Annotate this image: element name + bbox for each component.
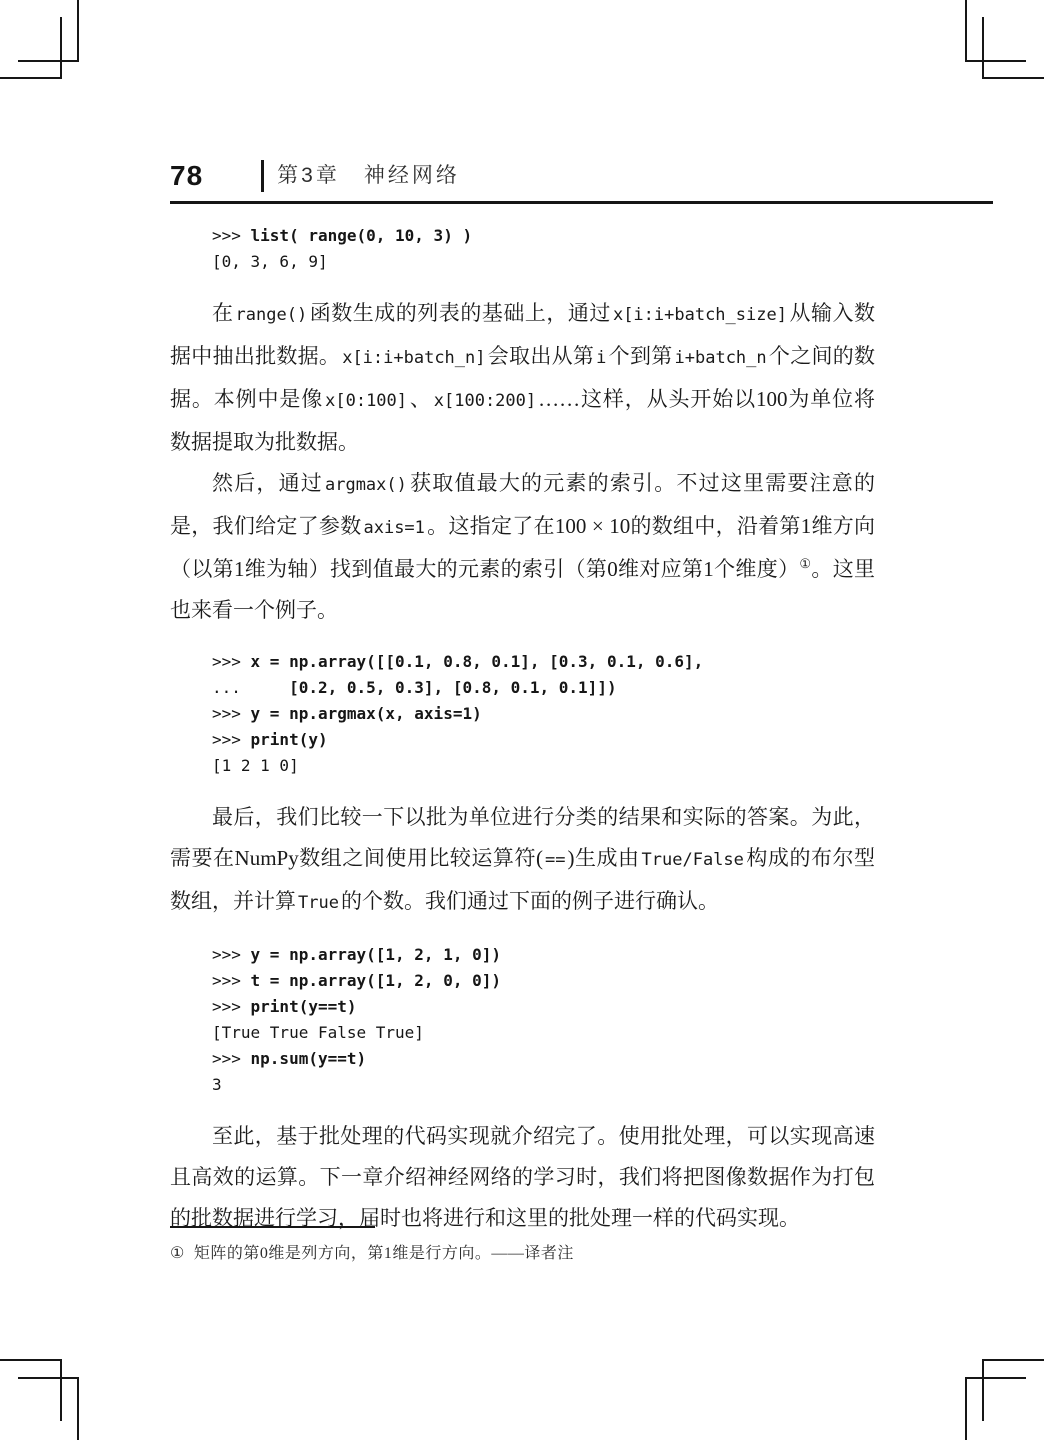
code-input: print(y==t) [251,997,357,1016]
code-block-argmax-example: >>> x = np.array([[0.1, 0.8, 0.1], [0.3,… [212,649,875,779]
header-divider [261,160,264,192]
code-line: >>> y = np.argmax(x, axis=1) [212,701,875,727]
footnote: ①矩阵的第0维是列方向，第1维是行方向。——译者注 [170,1226,875,1263]
code-input: print(y) [251,730,328,749]
code-input: y = np.argmax(x, axis=1) [251,704,482,723]
page-body: >>> list( range(0, 10, 3) ) [0, 3, 6, 9]… [170,205,875,1239]
repl-prompt: >>> [212,997,251,1016]
crop-mark-bottom-left [77,1377,79,1440]
crop-mark-bottom-left [0,1359,62,1361]
code-line: 3 [212,1072,875,1098]
text-run: 函数生成的列表的基础上，通过 [309,301,611,325]
repl-prompt: >>> [212,1049,251,1068]
paragraph-compare-results: 最后，我们比较一下以批为单位进行分类的结果和实际的答案。为此，需要在NumPy数… [170,797,875,924]
text-run: 个到第 [608,344,672,368]
page-number: 78 [170,162,203,190]
crop-mark-bottom-left [60,1359,62,1421]
crop-mark-top-left [77,0,79,62]
repl-prompt: >>> [212,945,251,964]
paragraph-batch-slicing: 在range()函数生成的列表的基础上，通过x[i:i+batch_size]从… [170,293,875,463]
text-run: )生成由 [567,846,639,870]
crop-mark-bottom-right [982,1359,1044,1361]
code-line: [True True False True] [212,1020,875,1046]
repl-prompt: >>> [212,652,251,671]
repl-continuation-prompt: ... [212,678,289,697]
code-input: t = np.array([1, 2, 0, 0]) [251,971,501,990]
page-header: 78 第3章 神经网络 [170,160,993,204]
code-line: >>> list( range(0, 10, 3) ) [212,223,875,249]
repl-prompt: >>> [212,971,251,990]
code-line: >>> print(y==t) [212,994,875,1020]
footnote-marker: ① [170,1245,185,1262]
text-run: 的个数。我们通过下面的例子进行确认。 [341,889,719,913]
text-run: 至此，基于批处理的代码实现就介绍完了。使用批处理，可以实现高速且高效的运算。下一… [170,1124,875,1230]
inline-code: x[i:i+batch_size] [611,305,789,325]
code-line: >>> np.sum(y==t) [212,1046,875,1072]
crop-mark-bottom-right [982,1359,984,1421]
crop-mark-bottom-right [965,1377,1026,1379]
crop-mark-top-right [965,0,967,62]
paragraph-conclusion: 至此，基于批处理的代码实现就介绍完了。使用批处理，可以实现高速且高效的运算。下一… [170,1116,875,1239]
paragraph-argmax: 然后，通过argmax()获取值最大的元素的索引。不过这里需要注意的是，我们给定… [170,463,875,631]
code-line: [0, 3, 6, 9] [212,249,875,275]
inline-code: x[i:i+batch_n] [340,348,487,368]
inline-code: x[0:100] [323,391,409,411]
repl-prompt: >>> [212,226,251,245]
footnote-rule [170,1226,375,1228]
inline-code: axis=1 [361,518,426,538]
text-run: 然后，通过 [212,471,323,495]
code-line: [1 2 1 0] [212,753,875,779]
footnote-ref-marker: ① [799,556,811,571]
crop-mark-top-left [18,60,79,62]
code-line: >>> t = np.array([1, 2, 0, 0]) [212,968,875,994]
code-block-range-example: >>> list( range(0, 10, 3) ) [0, 3, 6, 9] [212,223,875,275]
code-line: ... [0.2, 0.5, 0.3], [0.8, 0.1, 0.1]]) [212,675,875,701]
inline-code: True/False [640,850,746,870]
code-input: [0.2, 0.5, 0.3], [0.8, 0.1, 0.1]]) [289,678,617,697]
text-run: 、 [409,387,432,411]
footnote-text: ①矩阵的第0维是列方向，第1维是行方向。——译者注 [170,1240,875,1263]
code-input: x = np.array([[0.1, 0.8, 0.1], [0.3, 0.1… [251,652,704,671]
crop-mark-top-left [60,17,62,79]
repl-prompt: >>> [212,730,251,749]
repl-prompt: >>> [212,704,251,723]
code-block-equality-example: >>> y = np.array([1, 2, 1, 0]) >>> t = n… [212,942,875,1098]
chapter-title: 第3章 神经网络 [277,162,460,190]
code-input: y = np.array([1, 2, 1, 0]) [251,945,501,964]
code-line: >>> print(y) [212,727,875,753]
inline-code: i+batch_n [673,348,769,368]
code-output: [1 2 1 0] [212,756,299,775]
code-input: list( range(0, 10, 3) ) [251,226,473,245]
crop-mark-top-right [982,17,984,79]
crop-mark-top-left [0,77,62,79]
inline-code: == [543,850,567,870]
code-output: [True True False True] [212,1023,424,1042]
footnote-body: 矩阵的第0维是列方向，第1维是行方向。——译者注 [194,1245,574,1262]
crop-mark-top-right [965,60,1026,62]
text-run: 会取出从第 [488,344,595,368]
crop-mark-top-right [982,77,1044,79]
inline-code: True [296,893,341,913]
code-output: 3 [212,1075,222,1094]
code-line: >>> y = np.array([1, 2, 1, 0]) [212,942,875,968]
code-output: [0, 3, 6, 9] [212,252,328,271]
text-run: 在 [212,301,234,325]
inline-code: range() [234,305,310,325]
code-line: >>> x = np.array([[0.1, 0.8, 0.1], [0.3,… [212,649,875,675]
inline-code: i [594,348,608,368]
inline-code: argmax() [323,475,409,495]
crop-mark-bottom-right [965,1377,967,1440]
crop-mark-bottom-left [18,1377,79,1379]
code-input: np.sum(y==t) [251,1049,367,1068]
inline-code: x[100:200] [432,391,538,411]
book-page: 78 第3章 神经网络 >>> list( range(0, 10, 3) ) … [0,0,1044,1440]
